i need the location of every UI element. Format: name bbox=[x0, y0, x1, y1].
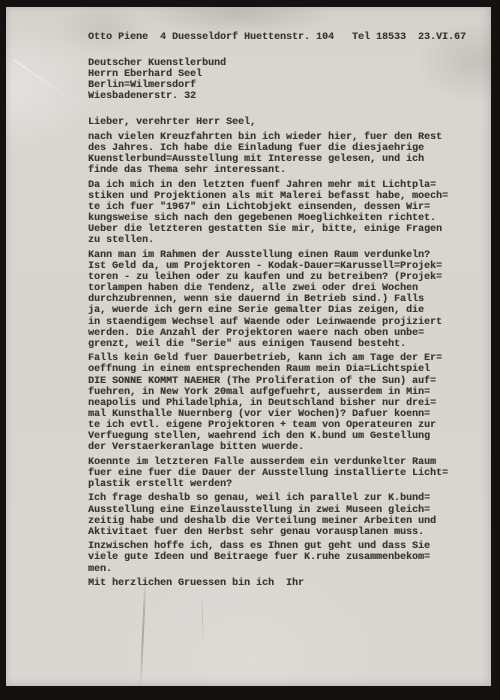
letter-paragraph-1: nach vielen Kreuzfahrten bin ich wieder … bbox=[88, 132, 468, 176]
salutation-line: Lieber, verehrter Herr Seel, bbox=[88, 117, 468, 128]
recipient-address: Deutscher Kuenstlerbund Herrn Eberhard S… bbox=[88, 58, 468, 102]
letter-paragraph-2: Da ich mich in den letzten fuenf Jahren … bbox=[88, 180, 468, 247]
letter-paragraph-5: Koennte im letzteren Falle ausserdem ein… bbox=[88, 457, 468, 490]
paper-crease-mark bbox=[140, 580, 147, 686]
paper-crease-mark bbox=[202, 592, 204, 644]
letterhead-line: Otto Piene 4 Duesseldorf Huettenstr. 104… bbox=[88, 32, 468, 43]
letter-paragraph-7: Inzwischen hoffe ich, dass es Ihnen gut … bbox=[88, 541, 468, 574]
letter-paragraph-3: Kann man im Rahmen der Ausstellung einen… bbox=[88, 250, 468, 350]
scan-background: Otto Piene 4 Duesseldorf Huettenstr. 104… bbox=[0, 0, 500, 700]
letter-paragraph-4: Falls kein Geld fuer Dauerbetrieb, kann … bbox=[88, 353, 468, 453]
paper-fold-mark bbox=[13, 59, 92, 115]
letter-page: Otto Piene 4 Duesseldorf Huettenstr. 104… bbox=[6, 7, 491, 686]
letter-paragraph-6: Ich frage deshalb so genau, weil ich par… bbox=[88, 493, 468, 537]
closing-line: Mit herzlichen Gruessen bin ich Ihr bbox=[88, 578, 468, 589]
letter-body: Otto Piene 4 Duesseldorf Huettenstr. 104… bbox=[88, 7, 468, 589]
